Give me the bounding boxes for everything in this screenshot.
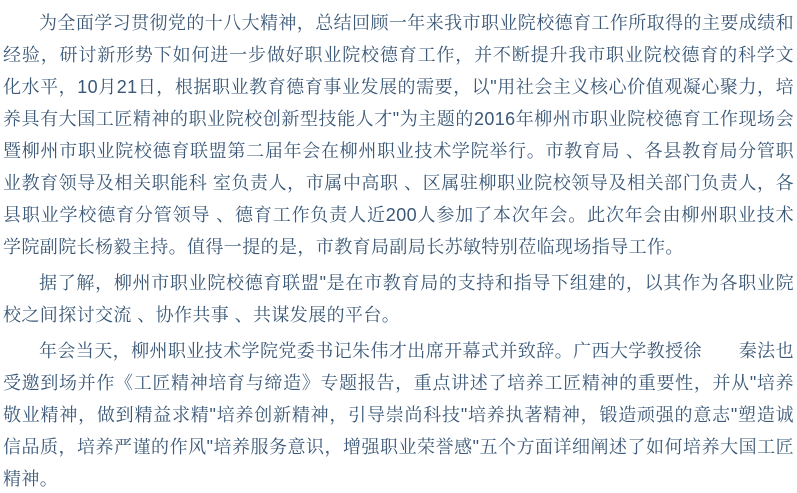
paragraph-keynote-report: 年会当天，柳州职业技术学院党委书记朱伟才出席开幕式并致辞。广西大学教授徐 秦法也… (3, 335, 794, 493)
paragraph-conference-overview: 为全面学习贯彻党的十八大精神，总结回顾一年来我市职业院校德育工作所取得的主要成绩… (3, 7, 794, 263)
article-body: 为全面学习贯彻党的十八大精神，总结回顾一年来我市职业院校德育工作所取得的主要成绩… (0, 0, 797, 493)
paragraph-alliance-background: 据了解，柳州市职业院校德育联盟"是在市教育局的支持和指导下组建的，以其作为各职业… (3, 267, 794, 331)
